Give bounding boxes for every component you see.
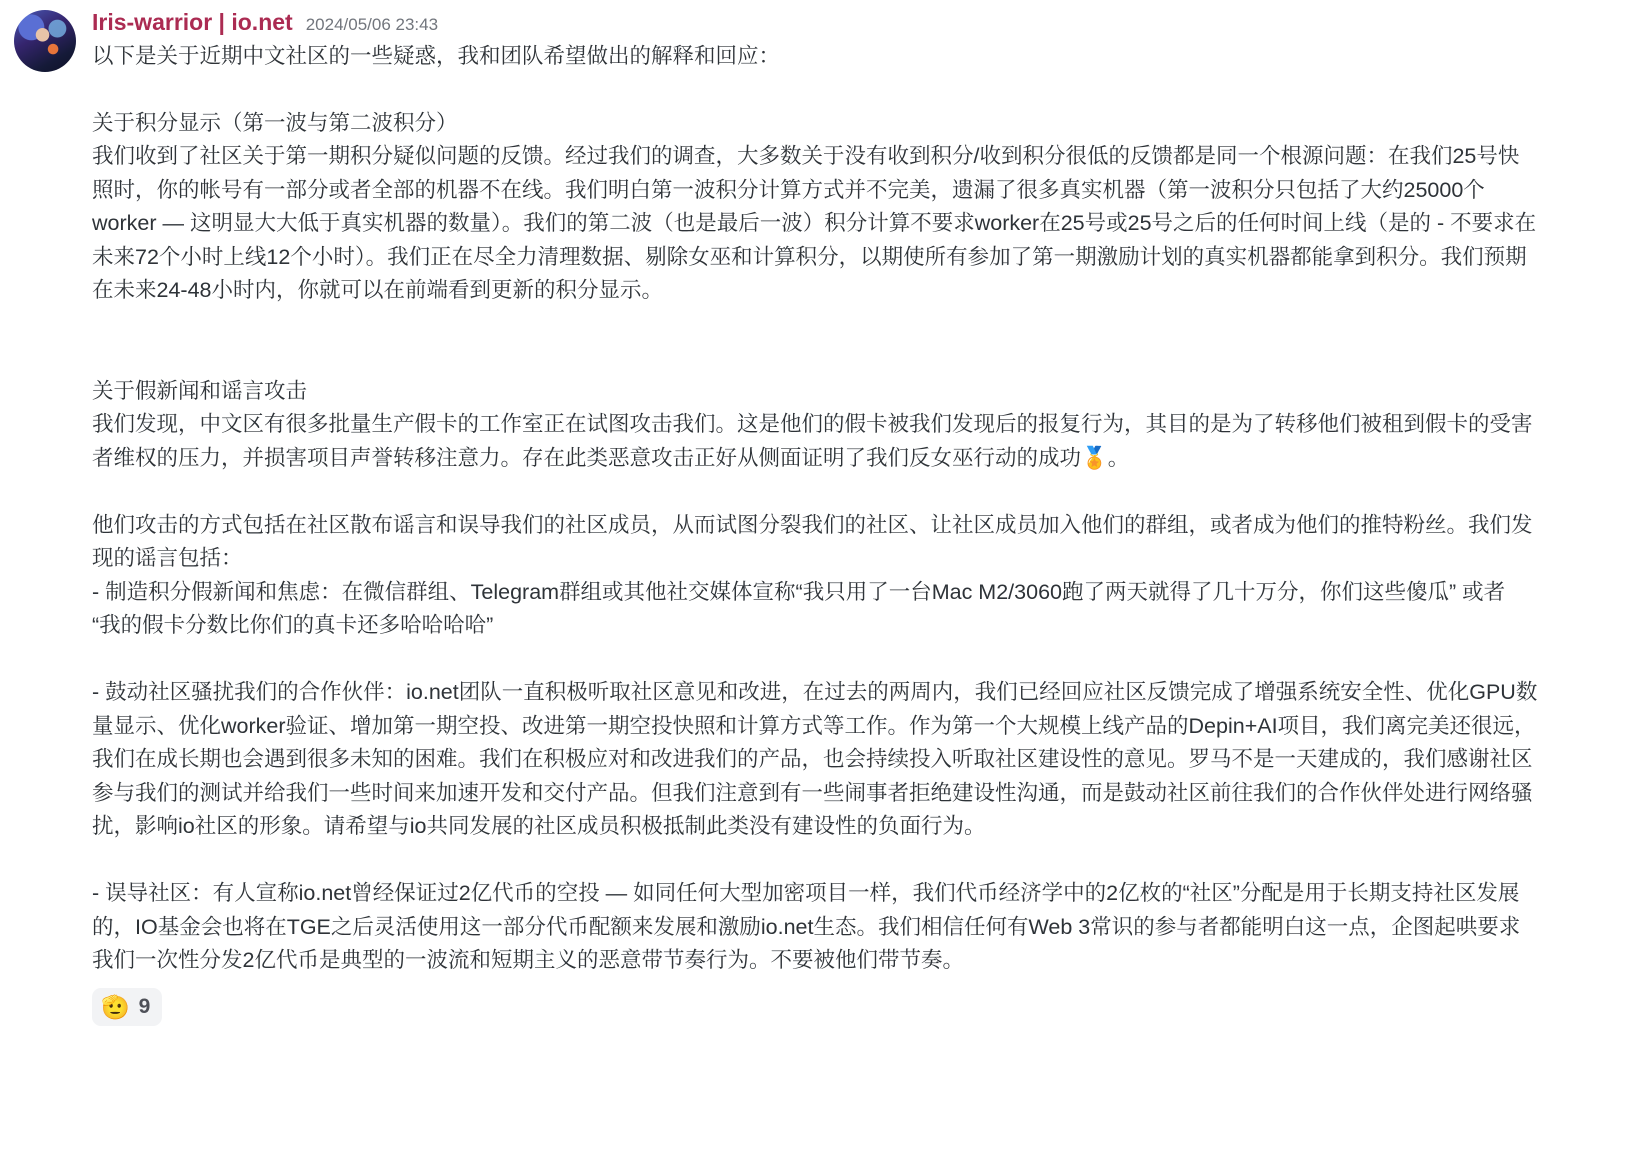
username[interactable]: Iris-warrior | io.net xyxy=(92,8,293,38)
chat-message: Iris-warrior | io.net 2024/05/06 23:43 以… xyxy=(0,0,1634,1050)
reactions-bar: 🫡 9 xyxy=(92,988,1538,1026)
timestamp: 2024/05/06 23:43 xyxy=(306,15,438,35)
reaction-count: 9 xyxy=(139,992,151,1022)
saluting-face-emoji: 🫡 xyxy=(101,992,130,1022)
message-text: 以下是关于近期中文社区的一些疑惑，我和团队希望做出的解释和回应： 关于积分显示（… xyxy=(92,40,1538,978)
message-header: Iris-warrior | io.net 2024/05/06 23:43 xyxy=(92,8,1538,38)
reaction-pill[interactable]: 🫡 9 xyxy=(92,988,162,1026)
avatar[interactable] xyxy=(14,10,76,72)
message-content: Iris-warrior | io.net 2024/05/06 23:43 以… xyxy=(92,8,1538,1026)
